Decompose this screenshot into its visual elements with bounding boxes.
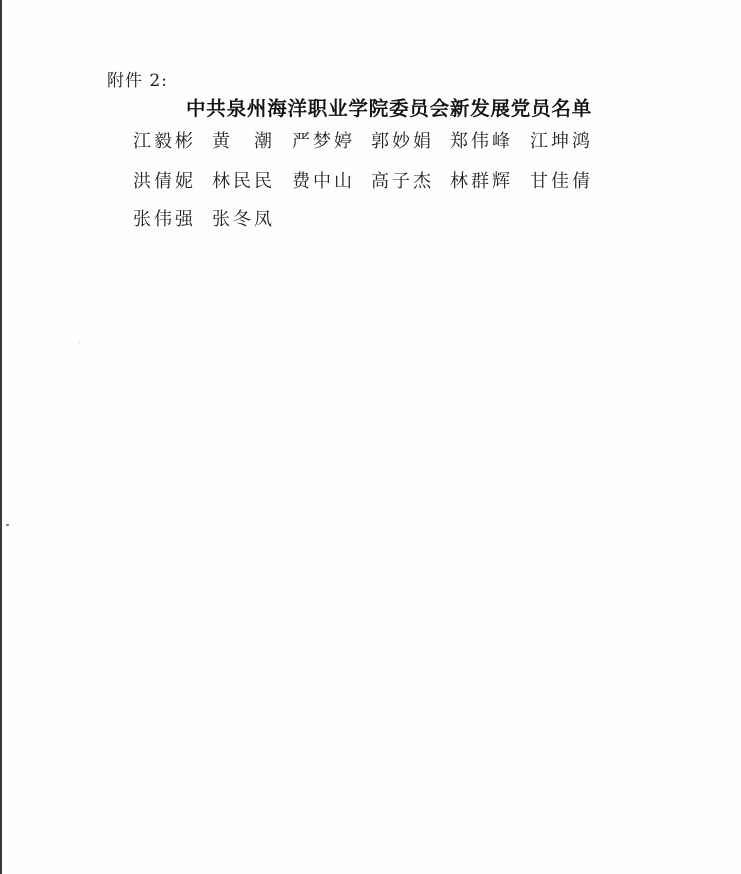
name-row: 洪倩妮林民民费中山高子杰林群辉甘佳倩 xyxy=(133,171,633,193)
member-name: 江坤鸿 xyxy=(530,131,590,153)
document-page: 附件 2: 中共泉州海洋职业学院委员会新发展党员名单 江毅彬黄潮严梦婷郭妙娟郑伟… xyxy=(0,0,741,874)
member-name: 郑伟峰 xyxy=(450,131,510,153)
member-name: 林群辉 xyxy=(450,171,510,193)
member-name: 张冬凤 xyxy=(212,209,272,231)
member-name: 费中山 xyxy=(292,171,352,193)
name-row: 张伟强张冬凤 xyxy=(133,209,633,231)
member-name: 严梦婷 xyxy=(292,131,352,153)
page-edge-divider xyxy=(0,0,2,874)
member-name: 郭妙娟 xyxy=(371,131,431,153)
scan-artifact xyxy=(6,524,9,526)
member-name: 高子杰 xyxy=(371,171,431,193)
member-name: 甘佳倩 xyxy=(530,171,590,193)
attachment-label: 附件 2: xyxy=(107,71,168,91)
member-name: 江毅彬 xyxy=(133,131,193,153)
scan-artifact xyxy=(79,342,80,343)
member-name: 林民民 xyxy=(212,171,272,193)
member-name: 洪倩妮 xyxy=(133,171,193,193)
document-title: 中共泉州海洋职业学院委员会新发展党员名单 xyxy=(186,98,592,120)
member-name: 张伟强 xyxy=(133,209,193,231)
name-row: 江毅彬黄潮严梦婷郭妙娟郑伟峰江坤鸿 xyxy=(133,131,633,153)
member-name: 黄潮 xyxy=(212,131,272,153)
